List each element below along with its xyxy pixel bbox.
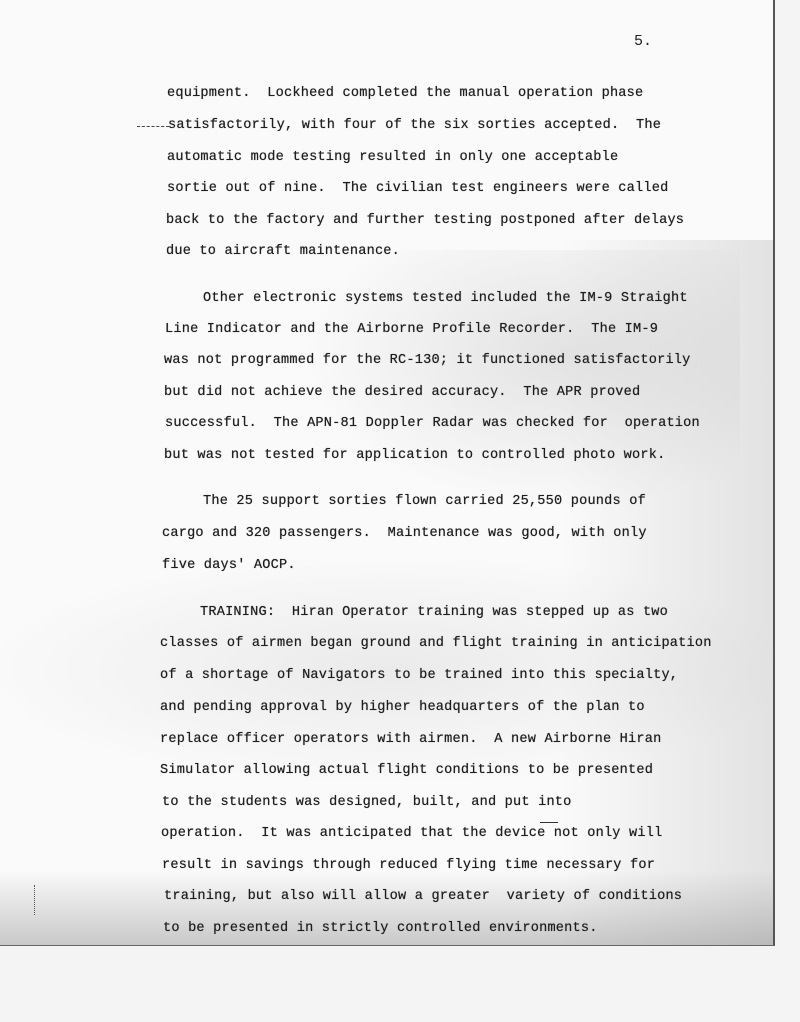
margin-mark [137, 126, 169, 127]
text-line: due to aircraft maintenance. [166, 244, 400, 259]
text-line: Other electronic systems tested included… [203, 291, 688, 306]
text-line: Simulator allowing actual flight conditi… [160, 763, 653, 778]
scan-shading [300, 250, 740, 510]
text-line: The 25 support sorties flown carried 25,… [203, 494, 646, 509]
underline-emphasis-mark [540, 822, 558, 823]
text-line: classes of airmen began ground and fligh… [160, 636, 712, 651]
text-line: satisfactorily, with four of the six sor… [168, 118, 661, 133]
text-line: automatic mode testing resulted in only … [167, 150, 618, 165]
text-line: replace officer operators with airmen. A… [160, 732, 661, 747]
text-line: successful. The APN-81 Doppler Radar was… [165, 416, 700, 431]
text-line: but was not tested for application to co… [164, 448, 665, 463]
document-page: 5. equipment. Lockheed completed the man… [0, 0, 775, 946]
text-line: training, but also will allow a greater … [164, 889, 682, 904]
text-line: cargo and 320 passengers. Maintenance wa… [162, 526, 647, 541]
text-line: TRAINING: Hiran Operator training was st… [200, 605, 668, 620]
text-line: five days' AOCP. [162, 558, 296, 573]
text-line: to the students was designed, built, and… [162, 795, 572, 810]
text-line: was not programmed for the RC-130; it fu… [164, 353, 691, 368]
text-line: of a shortage of Navigators to be traine… [160, 668, 678, 683]
text-line: operation. It was anticipated that the d… [161, 826, 662, 841]
text-line: but did not achieve the desired accuracy… [164, 385, 640, 400]
text-line: result in savings through reduced flying… [162, 858, 655, 873]
text-line: and pending approval by higher headquart… [160, 700, 645, 715]
text-line: equipment. Lockheed completed the manual… [167, 86, 643, 101]
text-line: sortie out of nine. The civilian test en… [167, 181, 668, 196]
text-line: back to the factory and further testing … [166, 213, 684, 228]
page-number: 5. [634, 33, 652, 50]
margin-bracket-mark [34, 885, 43, 915]
text-line: Line Indicator and the Airborne Profile … [165, 322, 658, 337]
text-line: to be presented in strictly controlled e… [163, 921, 598, 936]
